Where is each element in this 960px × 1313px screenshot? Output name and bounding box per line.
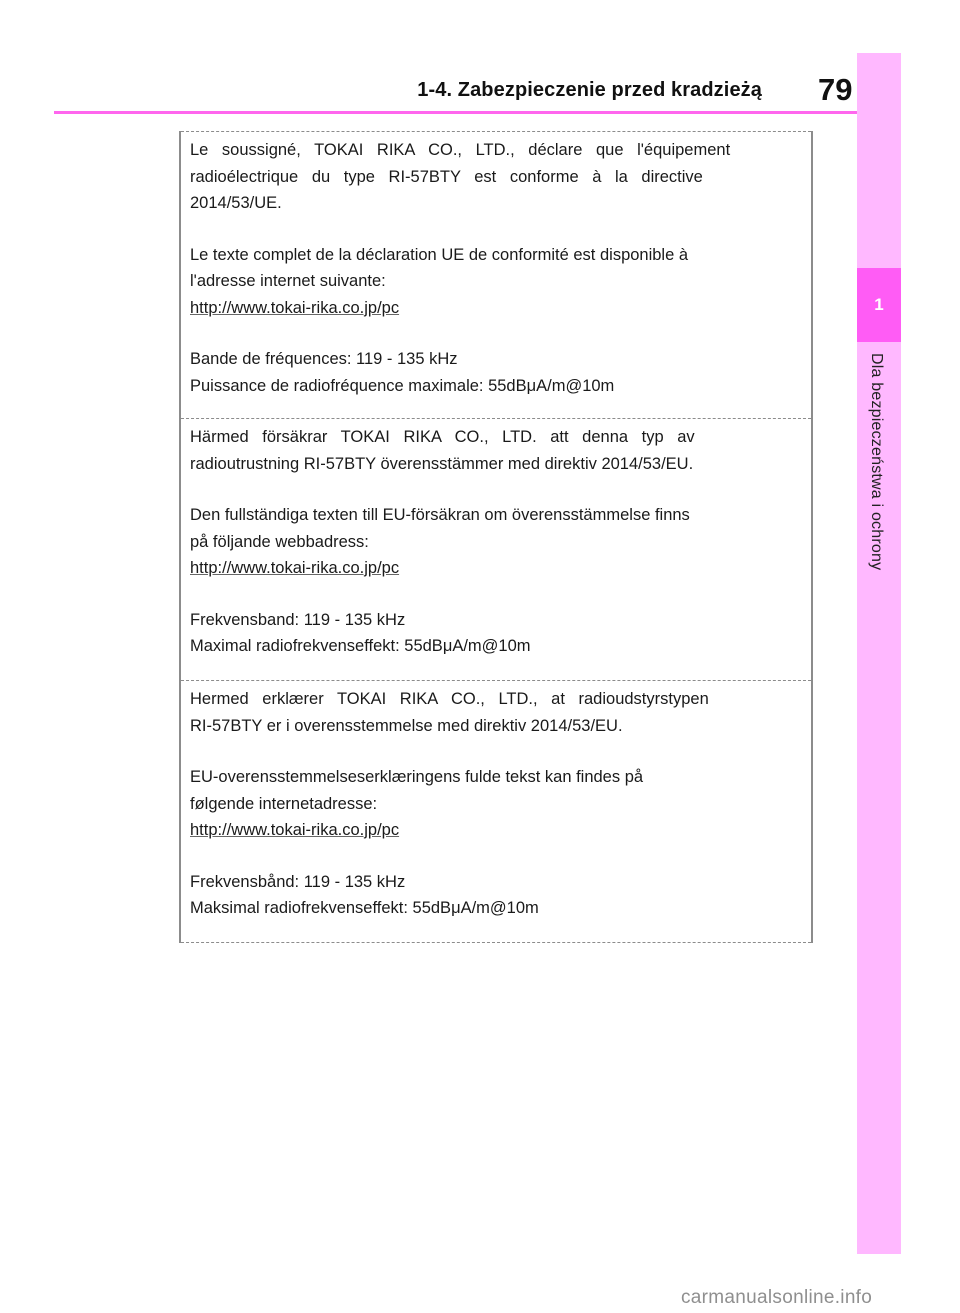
section-title: 1-4. Zabezpieczenie przed kradzieżą bbox=[417, 79, 762, 102]
max-power: Maksimal radiofrekvenseffekt: 55dBμA/m@1… bbox=[190, 895, 785, 922]
chapter-tab-active[interactable]: 1 bbox=[857, 268, 901, 342]
availability-line: Le texte complet de la déclaration UE de… bbox=[190, 242, 785, 269]
statement-line: Le soussigné, TOKAI RIKA CO., LTD., décl… bbox=[190, 137, 785, 164]
availability-line: følgende internetadresse: bbox=[190, 791, 785, 818]
declaration-url-link[interactable]: http://www.tokai-rika.co.jp/pc bbox=[190, 559, 399, 577]
chapter-number: 1 bbox=[874, 295, 883, 315]
declaration-url-link[interactable]: http://www.tokai-rika.co.jp/pc bbox=[190, 821, 399, 839]
chapter-tab: 1 Dla bezpieczeństwa i ochrony bbox=[857, 53, 901, 1254]
max-power: Maximal radiofrekvenseffekt: 55dBμA/m@10… bbox=[190, 633, 785, 660]
statement-line: Hermed erklærer TOKAI RIKA CO., LTD., at… bbox=[190, 686, 785, 713]
availability-line: på följande webbadress: bbox=[190, 529, 785, 556]
max-power: Puissance de radiofréquence maximale: 55… bbox=[190, 373, 785, 400]
statement-line: 2014/53/UE. bbox=[190, 190, 785, 217]
statement-line: radioutrustning RI-57BTY överensstämmer … bbox=[190, 451, 785, 478]
declaration-box: Le soussigné, TOKAI RIKA CO., LTD., décl… bbox=[179, 131, 813, 943]
frequency-band: Bande de fréquences: 119 - 135 kHz bbox=[190, 346, 785, 373]
availability-line: Den fullständiga texten till EU-försäkra… bbox=[190, 502, 785, 529]
availability-line: l'adresse internet suivante: bbox=[190, 268, 785, 295]
declaration-url-link[interactable]: http://www.tokai-rika.co.jp/pc bbox=[190, 299, 399, 317]
availability-line: EU-overensstemmelseserklæringens fulde t… bbox=[190, 764, 785, 791]
declaration-section-fr: Le soussigné, TOKAI RIKA CO., LTD., décl… bbox=[181, 131, 811, 418]
statement-line: RI-57BTY er i overensstemmelse med direk… bbox=[190, 713, 785, 740]
frequency-band: Frekvensbånd: 119 - 135 kHz bbox=[190, 869, 785, 896]
header-divider bbox=[54, 111, 857, 114]
page-number: 79 bbox=[818, 72, 852, 108]
frequency-band: Frekvensband: 119 - 135 kHz bbox=[190, 607, 785, 634]
declaration-section-sv: Härmed försäkrar TOKAI RIKA CO., LTD. at… bbox=[181, 418, 811, 680]
chapter-title: Dla bezpieczeństwa i ochrony bbox=[867, 353, 885, 570]
statement-line: radioélectrique du type RI-57BTY est con… bbox=[190, 164, 785, 191]
watermark: carmanualsonline.info bbox=[681, 1287, 872, 1309]
declaration-section-da: Hermed erklærer TOKAI RIKA CO., LTD., at… bbox=[181, 680, 811, 943]
statement-line: Härmed försäkrar TOKAI RIKA CO., LTD. at… bbox=[190, 424, 785, 451]
